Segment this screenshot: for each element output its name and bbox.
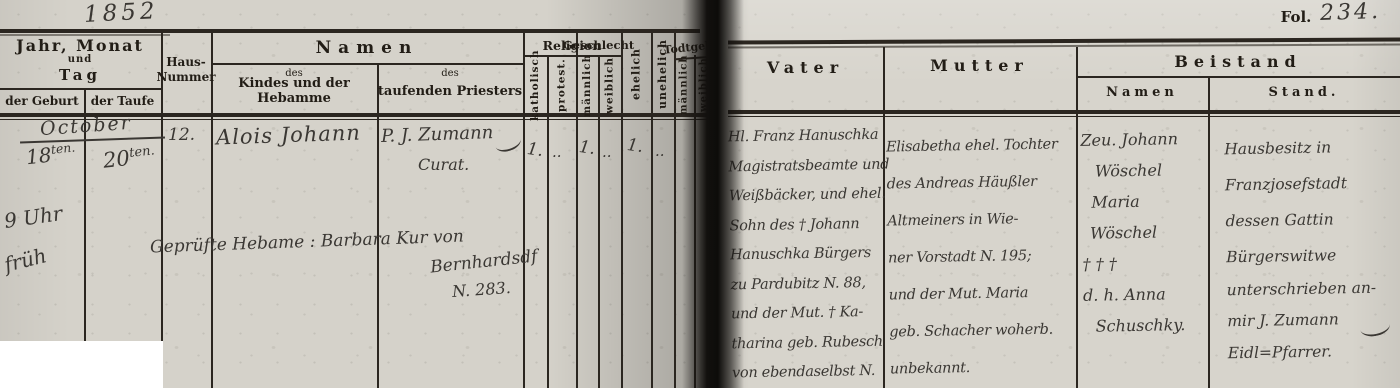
register-scan: Jahr, Monat und Tag der Geburt der Taufe… [0,0,1400,388]
witness-line: Wöschel [1082,216,1184,249]
mother-line: ner Vorstadt N. 195; [888,238,1060,278]
entry-house-number: 12. [168,125,195,145]
header-assistance-names: Namen [1076,83,1208,101]
father-line: Hl. Franz Hanuschka [728,121,889,153]
entry-priest-title: Curat. [418,155,469,174]
witness-line: Schuschky. [1083,309,1185,342]
mark-katholisch: 1. [526,139,545,161]
header-mother: Mutter [883,54,1076,76]
father-line: zu Pardubitz N. 88, [730,268,891,300]
mark-weiblich: .. [602,143,612,161]
header-names-title: Namen [211,37,523,59]
mark-maennlich: 1. [578,137,597,159]
mother-line: Elisabetha ehel. Tochter [886,127,1058,167]
table-rule [0,29,700,33]
year-handwritten: 1852 [83,0,159,28]
header-priest: taufenden Priesters [377,82,523,100]
entry-priest-name: P. J. Zumann [381,122,494,147]
header-birth-date: der Geburt [0,92,84,110]
header-house-number-line1: Haus- [161,55,211,69]
header-priest-des: des [377,67,523,79]
folio-label: Fol. [1275,7,1317,27]
header-date-group-line3: Tag [0,66,160,84]
witness-crosses: † † † [1082,247,1184,280]
book-gutter [682,0,744,388]
witness-line: Zeu. Johann [1080,123,1182,156]
witness-line: d. h. Anna [1083,278,1185,311]
header-baptism-date: der Taufe [84,92,161,110]
table-rule [0,88,161,90]
status-line: Hausbesitz in [1224,129,1374,168]
scan-mask [0,341,163,388]
mother-entry: Elisabetha ehel. Tochter des Andreas Häu… [886,127,1062,388]
header-assistance-title: Beistand [1076,50,1400,72]
mark-unehelich: .. [655,142,665,160]
mother-line: geb. Schacher woherb. [889,311,1061,351]
entry-child-name: Alois Johann [216,120,362,149]
birth-day: 18ten. [25,139,77,169]
witness-entry: Zeu. Johann Wöschel Maria Wöschel † † † … [1080,123,1185,342]
witness-line: Wöschel [1081,154,1183,187]
father-entry: Hl. Franz Hanuschka Magistratsbeamte und… [728,121,893,388]
mother-line: unbekannt. [890,348,1062,388]
column-rule [161,33,163,388]
column-rule [377,63,379,388]
header-legitimate: ehelich [621,37,651,111]
father-line: und der Mut. † Ka- [731,298,892,330]
mark-protest: .. [552,143,562,161]
header-gender-male: männlich [576,58,598,112]
father-line: Weißbäcker, und ehel. [729,180,890,212]
status-line: Franzjosefstadt [1225,165,1375,204]
folio-number: 234. [1320,0,1382,26]
mark-ehelich: 1. [626,135,645,157]
column-rule [1208,78,1210,388]
status-entry: Hausbesitz in Franzjosefstadt dessen Gat… [1224,129,1378,370]
header-child-midwife: Kindes und der Hebamme [211,82,377,100]
father-line: von ebendaselbst N. [732,357,893,388]
father-line: tharina geb. Rubesch [731,327,892,359]
status-line: dessen Gattin [1225,201,1375,240]
table-rule [1076,76,1400,78]
header-date-group-line2: und [0,53,160,65]
father-line: Magistratsbeamte und [728,150,889,182]
status-line: Eidl=Pfarrer. [1228,335,1378,370]
header-gender-female: weiblich [598,58,621,112]
father-line: Sohn des † Johann [729,209,890,241]
status-line: unterschrieben an- [1226,273,1376,306]
header-religion-protestant: protest. [547,58,576,112]
header-religion-catholic: katholisch [523,58,547,112]
mother-line: und der Mut. Maria [888,275,1060,315]
header-gender-title: Geschlecht [576,37,621,53]
mother-line: des Andreas Häußler [886,164,1058,204]
table-rule [211,63,523,65]
header-date-group-line1: Jahr, Monat [0,35,160,55]
header-assistance-status: Stand. [1208,83,1400,101]
father-line: Hanuschka Bürgers [730,239,891,271]
status-line: mir J. Zumann [1227,303,1377,338]
header-house-number-line2: Nummer [161,70,211,84]
header-father: Vater [728,56,883,78]
table-rule [728,116,1400,118]
mother-line: Altmeiners in Wie- [887,201,1059,241]
witness-line: Maria [1081,185,1183,218]
table-rule [728,110,1400,114]
status-line: Bürgerswitwe [1226,237,1376,276]
